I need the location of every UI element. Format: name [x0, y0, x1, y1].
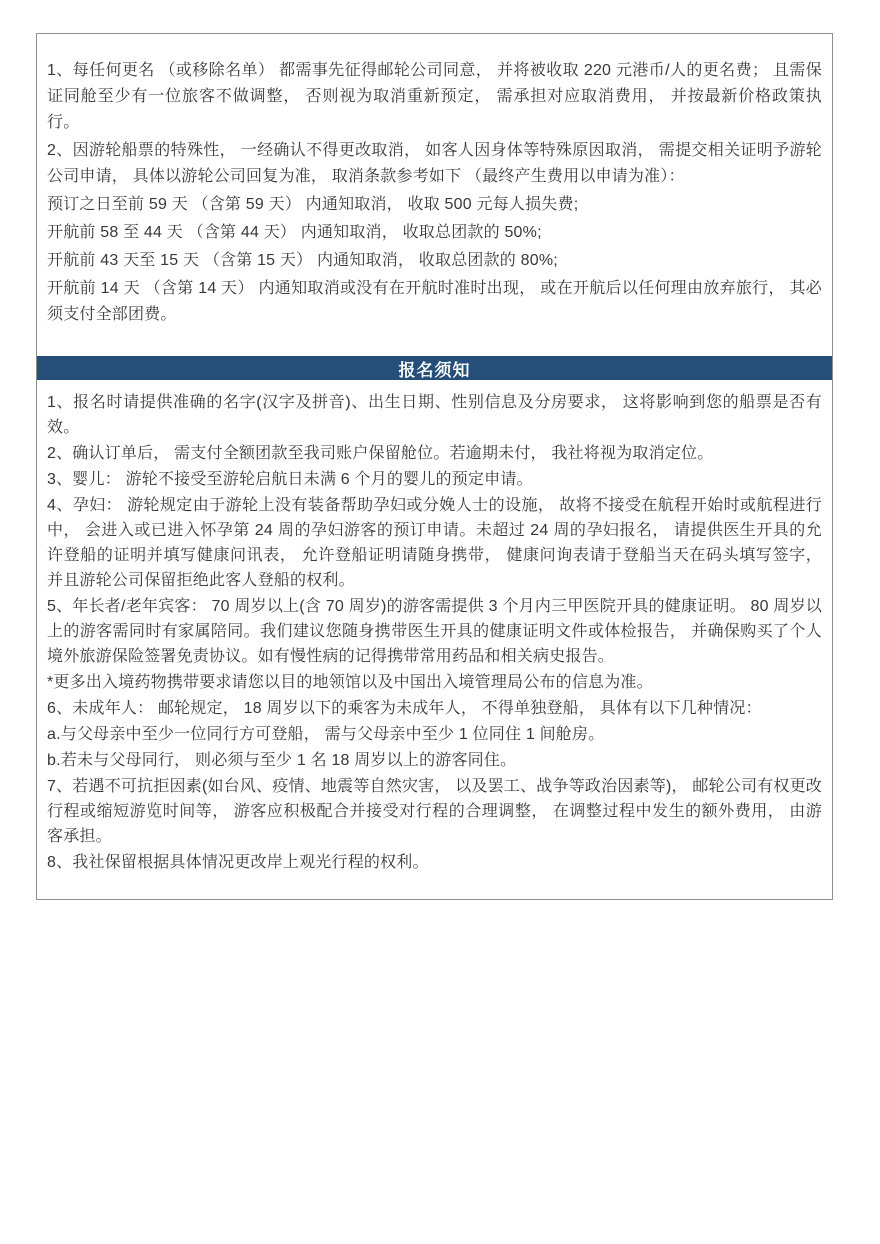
cancellation-rule-14-days: 开航前 14 天 （含第 14 天） 内通知取消或没有在开航时准时出现， 或在开… — [47, 276, 822, 328]
document-box: 1、每任何更名 （或移除名单） 都需事先征得邮轮公司同意， 并将被收取 220 … — [36, 33, 833, 900]
notice-item-2-payment: 2、确认订单后， 需支付全额团款至我司账户保留舱位。若逾期未付， 我社将视为取消… — [47, 441, 822, 466]
notice-item-4-pregnancy: 4、孕妇： 游轮规定由于游轮上没有装备帮助孕妇或分娩人士的设施， 故将不接受在航… — [47, 493, 822, 593]
section-title: 报名须知 — [399, 356, 471, 381]
section-header-bar: 报名须知 — [37, 356, 832, 380]
notice-item-8-itinerary-change: 8、我社保留根据具体情况更改岸上观光行程的权利。 — [47, 850, 822, 875]
cancellation-rule-58-44-days: 开航前 58 至 44 天 （含第 44 天） 内通知取消， 收取总团款的 50… — [47, 220, 822, 246]
cancellation-rule-59-days: 预订之日至前 59 天 （含第 59 天） 内通知取消， 收取 500 元每人损… — [47, 192, 822, 218]
registration-notice-section: 1、报名时请提供准确的名字(汉字及拼音)、出生日期、性别信息及分房要求， 这将影… — [37, 380, 832, 899]
cancellation-terms-section: 1、每任何更名 （或移除名单） 都需事先征得邮轮公司同意， 并将被收取 220 … — [37, 34, 832, 356]
notice-item-6a: a.与父母亲中至少一位同行方可登船， 需与父母亲中至少 1 位同住 1 间舱房。 — [47, 722, 822, 747]
notice-item-medication-note: *更多出入境药物携带要求请您以目的地领馆以及中国出入境管理局公布的信息为准。 — [47, 670, 822, 695]
cancellation-paragraph-2: 2、因游轮船票的特殊性， 一经确认不得更改取消， 如客人因身体等特殊原因取消， … — [47, 138, 822, 190]
notice-item-3-infants: 3、婴儿： 游轮不接受至游轮启航日未满 6 个月的婴儿的预定申请。 — [47, 467, 822, 492]
notice-item-1-name-info: 1、报名时请提供准确的名字(汉字及拼音)、出生日期、性别信息及分房要求， 这将影… — [47, 390, 822, 440]
notice-item-6b: b.若未与父母同行， 则必须与至少 1 名 18 周岁以上的游客同住。 — [47, 748, 822, 773]
notice-item-6-minors: 6、未成年人： 邮轮规定， 18 周岁以下的乘客为未成年人， 不得单独登船， 具… — [47, 696, 822, 721]
notice-item-5-seniors: 5、年长者/老年宾客： 70 周岁以上(含 70 周岁)的游客需提供 3 个月内… — [47, 594, 822, 669]
cancellation-paragraph-1: 1、每任何更名 （或移除名单） 都需事先征得邮轮公司同意， 并将被收取 220 … — [47, 58, 822, 136]
notice-item-7-force-majeure: 7、若遇不可抗拒因素(如台风、疫情、地震等自然灾害， 以及罢工、战争等政治因素等… — [47, 774, 822, 849]
cancellation-rule-43-15-days: 开航前 43 天至 15 天 （含第 15 天） 内通知取消， 收取总团款的 8… — [47, 248, 822, 274]
